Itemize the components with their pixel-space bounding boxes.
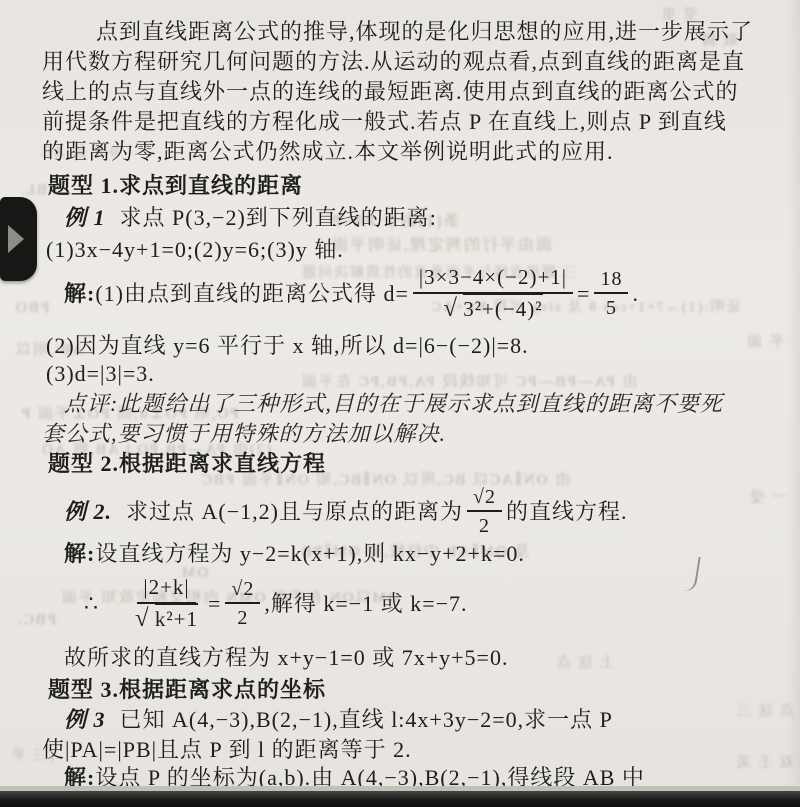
- sqrt2-over-2-fraction: √2 2: [467, 486, 502, 538]
- fraction-denominator: 2: [473, 512, 496, 537]
- fraction-numerator: |2+k|: [137, 576, 195, 604]
- intro-line-5: 的距离为零,距离公式仍然成立.本文举例说明此式的应用.: [42, 138, 614, 166]
- equals-sign: =: [577, 280, 590, 308]
- ghost-text-fragment: 由 PA—PB—PC 可知线段 PA,PB,PC 在平面: [300, 370, 638, 391]
- ghost-text-fragment: 一 受: [748, 486, 788, 507]
- solution2-formula-row: ∴ |2+k| √ k²+1 = √2 2 ,解得 k=−1 或 k=−7.: [84, 576, 468, 631]
- example1-line: 例 1 求点 P(3,−2)到下列直线的距离:: [64, 204, 437, 232]
- intro-text: 的距离为零,距离公式仍然成立.本文举例说明此式的应用.: [42, 138, 614, 166]
- sqrt-radicand: 3²+(−4)²: [463, 293, 542, 321]
- fraction-denominator: 2: [231, 604, 254, 629]
- period: .: [632, 280, 639, 308]
- heading-text: 题型 1.求点到直线的距离: [48, 172, 303, 200]
- equals-sign: =: [208, 590, 221, 618]
- distance-fraction: |3×3−4×(−2)+1| √ 3²+(−4)²: [413, 266, 573, 321]
- items-text: (1)3x−4y+1=0;(2)y=6;(3)y 轴.: [46, 236, 344, 264]
- scan-bottom-bar: [0, 791, 800, 807]
- example1-label: 例 1: [64, 204, 106, 232]
- solution-text: 设直线方程为 y−2=k(x+1),则 kx−y+2+k=0.: [95, 540, 525, 568]
- example3-text: 已知 A(4,−3),B(2,−1),直线 l:4x+3y−2=0,求一点 P: [120, 706, 613, 734]
- comment-line-1: 点评:此题给出了三种形式,目的在于展示求点到直线的距离不要死: [64, 390, 723, 418]
- example3-line1: 例 3 已知 A(4,−3),B(2,−1),直线 l:4x+3y−2=0,求一…: [64, 706, 613, 734]
- sqrt-radicand: k²+1: [155, 603, 198, 631]
- right-edge-shading: [786, 0, 800, 807]
- therefore-sign: ∴: [84, 590, 99, 618]
- intro-line-1: 点到直线距离公式的推导,体现的是化归思想的应用,进一步展示了: [96, 18, 753, 46]
- example1-items: (1)3x−4y+1=0;(2)y=6;(3)y 轴.: [46, 236, 344, 264]
- solution1-prefix: (1)由点到直线的距离公式得 d=: [95, 280, 409, 308]
- section3-heading: 题型 3.根据距离求点的坐标: [48, 676, 326, 704]
- solution-label: 解:: [64, 540, 95, 568]
- fraction-numerator: 18: [594, 268, 628, 294]
- example2-prefix: 求过点 A(−1,2)且与原点的距离为: [126, 498, 463, 526]
- fraction-denominator: √ 3²+(−4)²: [437, 294, 548, 322]
- play-triangle-icon: [8, 225, 24, 253]
- solution-label: 解:: [64, 280, 95, 308]
- comment-line-2: 套公式,要习惯于用特殊的方法加以解决.: [42, 420, 446, 448]
- ghost-text-fragment: 平 面: [745, 330, 785, 351]
- result-fraction: 18 5: [594, 268, 628, 320]
- rhs-fraction: √2 2: [225, 578, 260, 630]
- intro-line-3: 线上的点与直线外一点的连线的最短距离.使用点到直线的距离公式的: [42, 78, 739, 106]
- sqrt-sign: √: [443, 295, 458, 322]
- solution2-line1: 解: 设直线方程为 y−2=k(x+1),则 kx−y+2+k=0.: [64, 540, 525, 568]
- sqrt-sign: √: [135, 605, 150, 632]
- scanned-textbook-page: 堂 里取 圆0.0 么 ACPBL.条(1)由于 PA=P面由平行的判定理,证明…: [0, 0, 800, 807]
- solution1-line3: (3)d=|3|=3.: [46, 360, 155, 388]
- heading-text: 题型 2.根据距离求直线方程: [48, 450, 326, 478]
- ghost-text-fragment: 面由平行的判定理,证明平面: [330, 232, 552, 255]
- solution1-line2: (2)因为直线 y=6 平行于 x 轴,所以 d=|6−(−2)|=8.: [46, 332, 529, 360]
- solution-text: (3)d=|3|=3.: [46, 360, 155, 388]
- intro-text: 用代数方程研究几何问题的方法.从运动的观点看,点到直线的距离是直: [42, 48, 745, 76]
- example3-label: 例 3: [64, 706, 106, 734]
- solution-text: (2)因为直线 y=6 平行于 x 轴,所以 d=|6−(−2)|=8.: [46, 332, 529, 360]
- lhs-fraction: |2+k| √ k²+1: [129, 576, 204, 631]
- solution1-formula-row: 解: (1)由点到直线的距离公式得 d= |3×3−4×(−2)+1| √ 3²…: [64, 266, 639, 321]
- fraction-denominator: √ k²+1: [129, 604, 204, 632]
- fraction-numerator: |3×3−4×(−2)+1|: [413, 266, 573, 294]
- example1-text: 求点 P(3,−2)到下列直线的距离:: [120, 204, 437, 232]
- intro-line-2: 用代数方程研究几何问题的方法.从运动的观点看,点到直线的距离是直: [42, 48, 745, 76]
- solution2-conclusion: 故所求的直线方程为 x+y−1=0 或 7x+y+5=0.: [64, 644, 508, 672]
- bookmark-tab-icon: [0, 197, 37, 281]
- pen-mark-artifact: [683, 555, 700, 592]
- example2-line: 例 2. 求过点 A(−1,2)且与原点的距离为 √2 2 的直线方程.: [64, 486, 627, 538]
- heading-text: 题型 3.根据距离求点的坐标: [48, 676, 326, 704]
- example3-text: 使|PA|=|PB|且点 P 到 l 的距离等于 2.: [42, 736, 412, 764]
- intro-text: 前提条件是把直线的方程化成一般式.若点 P 在直线上,则点 P 到直线: [42, 108, 727, 136]
- example3-line2: 使|PA|=|PB|且点 P 到 l 的距离等于 2.: [42, 736, 412, 764]
- intro-text: 线上的点与直线外一点的连线的最短距离.使用点到直线的距离公式的: [42, 78, 739, 106]
- ghost-text-fragment: PBC.: [16, 612, 56, 629]
- fraction-denominator: 5: [600, 294, 623, 319]
- solve-text: ,解得 k=−1 或 k=−7.: [264, 590, 467, 618]
- ghost-text-fragment: PBO: [14, 300, 49, 317]
- fraction-numerator: √2: [467, 486, 502, 512]
- comment-text: 点评:此题给出了三种形式,目的在于展示求点到直线的距离不要死: [64, 390, 723, 418]
- example2-suffix: 的直线方程.: [506, 498, 628, 526]
- section1-heading: 题型 1.求点到直线的距离: [48, 172, 303, 200]
- intro-line-4: 前提条件是把直线的方程化成一般式.若点 P 在直线上,则点 P 到直线: [42, 108, 727, 136]
- section2-heading: 题型 2.根据距离求直线方程: [48, 450, 326, 478]
- conclusion-text: 故所求的直线方程为 x+y−1=0 或 7x+y+5=0.: [64, 644, 508, 672]
- fraction-numerator: √2: [225, 578, 260, 604]
- example2-label: 例 2.: [64, 498, 112, 526]
- intro-text: 点到直线距离公式的推导,体现的是化归思想的应用,进一步展示了: [96, 18, 753, 46]
- ghost-text-fragment: 上 这 点: [555, 652, 614, 672]
- comment-text: 套公式,要习惯于用特殊的方法加以解决.: [42, 420, 446, 448]
